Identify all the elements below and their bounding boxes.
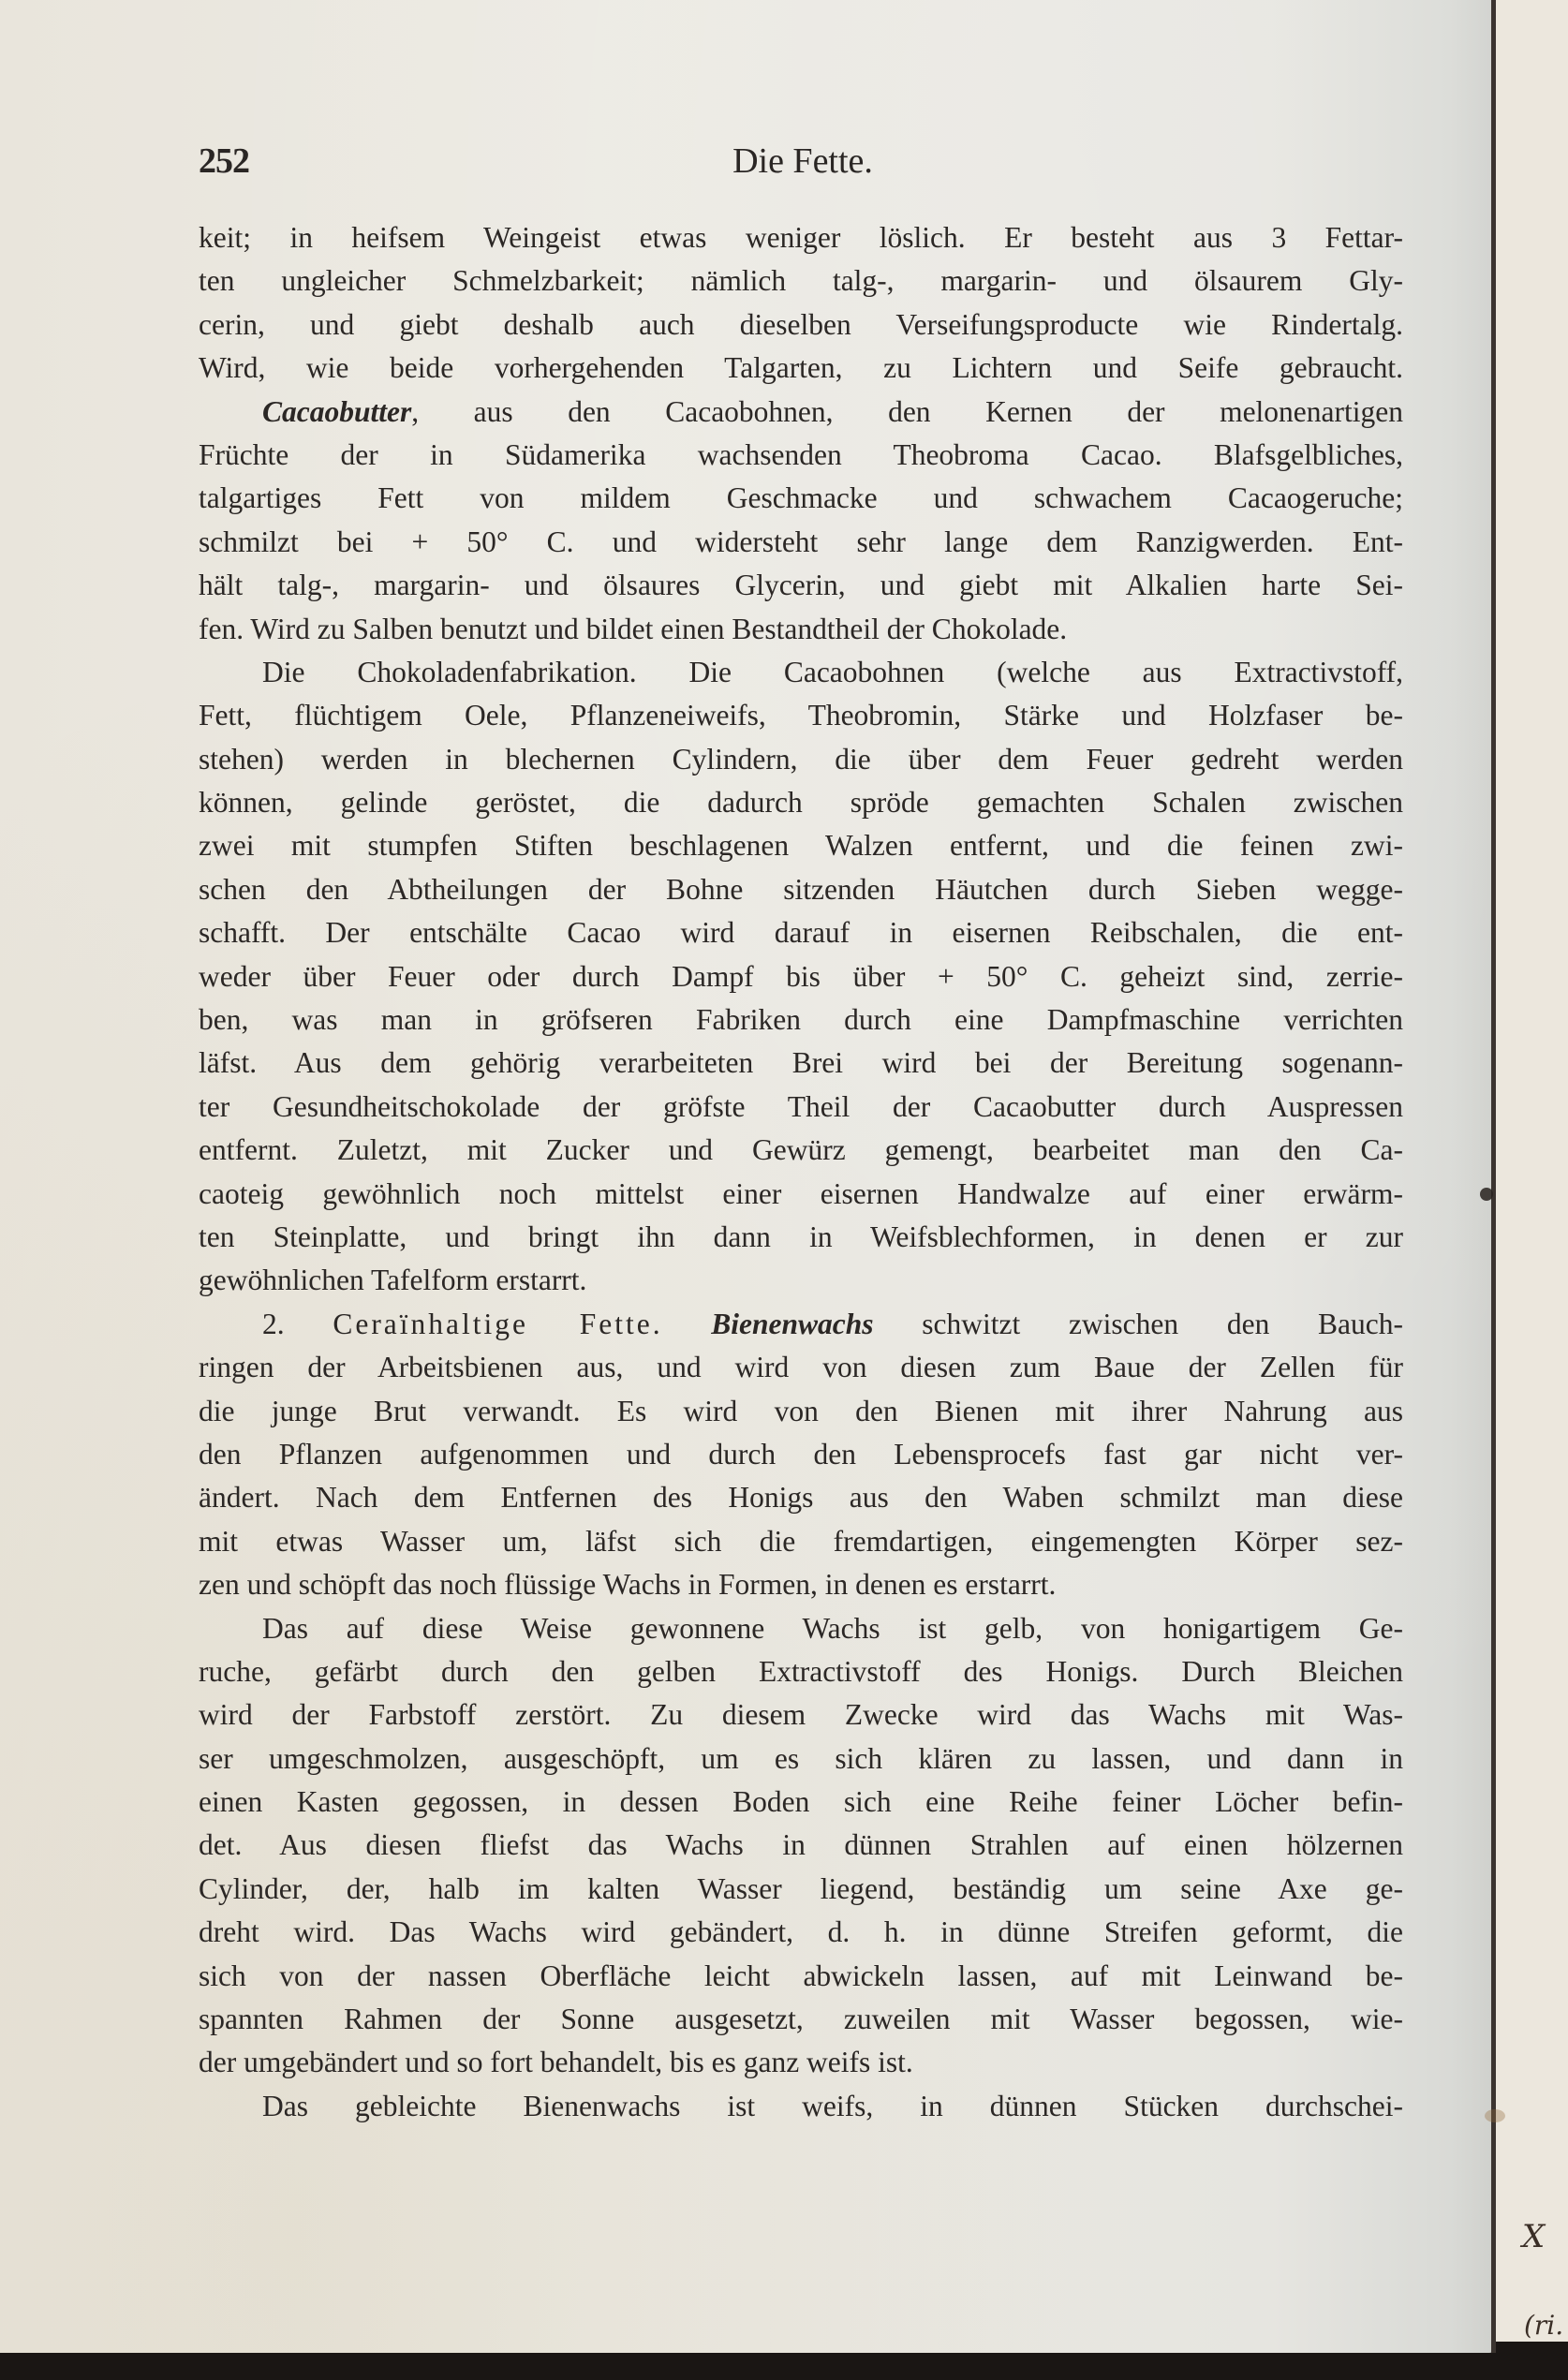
page-header: 252 Die Fette. (199, 140, 1407, 187)
text-segment: keit; in heifsem Weingeist etwas weniger… (199, 221, 1403, 254)
text-line: wird der Farbstoff zerstört. Zu diesem Z… (199, 1693, 1403, 1737)
text-segment: ändert. Nach dem Entfernen des Honigs au… (199, 1481, 1403, 1514)
text-segment: Das auf diese Weise gewonnene Wachs ist … (262, 1612, 1403, 1645)
text-segment: wird der Farbstoff zerstört. Zu diesem Z… (199, 1698, 1403, 1731)
text-segment: zen und schöpft das noch flüssige Wachs … (199, 1568, 1056, 1601)
text-line: schmilzt bei + 50° C. und widersteht seh… (199, 521, 1403, 564)
text-segment: ben, was man in gröfseren Fabriken durch… (199, 1003, 1403, 1036)
running-title: Die Fette. (199, 140, 1407, 182)
text-line: keit; in heifsem Weingeist etwas weniger… (199, 216, 1403, 259)
text-segment: , aus den Cacaobohnen, den Kernen der me… (411, 395, 1403, 428)
text-segment: schmilzt bei + 50° C. und widersteht seh… (199, 525, 1403, 558)
book-page-right-edge: X (ri. (1496, 0, 1568, 2342)
handwritten-mark-note: (ri. (1524, 2310, 1563, 2341)
text-line: schafft. Der entschälte Cacao wird darau… (199, 911, 1403, 954)
text-segment: Cylinder, der, halb im kalten Wasser lie… (199, 1872, 1403, 1905)
text-line: ringen der Arbeitsbienen aus, und wird v… (199, 1346, 1403, 1389)
text-segment: 2. (262, 1308, 333, 1340)
paper-hole (1480, 1188, 1493, 1201)
text-segment: schen den Abtheilungen der Bohne sitzend… (199, 873, 1403, 906)
text-line: Fett, flüchtigem Oele, Pflanzeneiweifs, … (199, 694, 1403, 737)
text-line: Früchte der in Südamerika wachsenden The… (199, 434, 1403, 477)
text-segment: spannten Rahmen der Sonne ausgesetzt, zu… (199, 2003, 1403, 2035)
text-line: ändert. Nach dem Entfernen des Honigs au… (199, 1476, 1403, 1519)
text-line: ben, was man in gröfseren Fabriken durch… (199, 998, 1403, 1042)
text-line: cerin, und giebt deshalb auch dieselben … (199, 303, 1403, 347)
text-line: sich von der nassen Oberfläche leicht ab… (199, 1955, 1403, 1998)
text-line: spannten Rahmen der Sonne ausgesetzt, zu… (199, 1998, 1403, 2041)
text-segment: schwitzt zwischen den Bauch- (874, 1308, 1403, 1340)
text-segment: schafft. Der entschälte Cacao wird darau… (199, 916, 1403, 949)
text-line: Cylinder, der, halb im kalten Wasser lie… (199, 1868, 1403, 1911)
body-text: keit; in heifsem Weingeist etwas weniger… (199, 216, 1403, 2128)
text-segment: Fett, flüchtigem Oele, Pflanzeneiweifs, … (199, 699, 1403, 732)
emphasized-term: Cacaobutter (262, 395, 411, 428)
text-line: zwei mit stumpfen Stiften beschlagenen W… (199, 824, 1403, 867)
text-segment: Das gebleichte Bienenwachs ist weifs, in… (262, 2090, 1403, 2122)
text-segment: ten ungleicher Schmelzbarkeit; nämlich t… (199, 264, 1403, 297)
text-segment: ruche, gefärbt durch den gelben Extracti… (199, 1655, 1403, 1688)
text-segment: dreht wird. Das Wachs wird gebändert, d.… (199, 1915, 1403, 1948)
text-line: caoteig gewöhnlich noch mittelst einer e… (199, 1173, 1403, 1216)
text-line: det. Aus diesen fliefst das Wachs in dün… (199, 1824, 1403, 1867)
text-segment: können, gelinde geröstet, die dadurch sp… (199, 786, 1403, 819)
text-line: zen und schöpft das noch flüssige Wachs … (199, 1563, 1403, 1606)
text-segment: ten Steinplatte, und bringt ihn dann in … (199, 1220, 1403, 1253)
text-line: läfst. Aus dem gehörig verarbeiteten Bre… (199, 1042, 1403, 1085)
text-line: einen Kasten gegossen, in dessen Boden s… (199, 1781, 1403, 1824)
section-heading: Ceraïnhaltige Fette. (333, 1308, 662, 1340)
text-line: weder über Feuer oder durch Dampf bis üb… (199, 955, 1403, 998)
handwritten-mark-x: X (1522, 2218, 1545, 2255)
text-segment: fen. Wird zu Salben benutzt und bildet e… (199, 613, 1067, 645)
text-segment: ser umgeschmolzen, ausgeschöpft, um es s… (199, 1742, 1403, 1775)
text-segment: cerin, und giebt deshalb auch dieselben … (199, 308, 1403, 341)
text-segment: der umgebändert und so fort behandelt, b… (199, 2046, 913, 2078)
paper-stain (1485, 2109, 1505, 2122)
text-segment: hält talg-, margarin- und ölsaures Glyce… (199, 569, 1403, 601)
text-line: ser umgeschmolzen, ausgeschöpft, um es s… (199, 1737, 1403, 1781)
text-line: fen. Wird zu Salben benutzt und bildet e… (199, 608, 1403, 651)
text-line: stehen) werden in blechernen Cylindern, … (199, 738, 1403, 781)
text-line: dreht wird. Das Wachs wird gebändert, d.… (199, 1911, 1403, 1954)
text-line: Wird, wie beide vorhergehenden Talgarten… (199, 347, 1403, 390)
text-segment: weder über Feuer oder durch Dampf bis üb… (199, 960, 1403, 993)
text-segment: Die Chokoladenfabrikation. Die Cacaobohn… (262, 656, 1403, 688)
text-segment: die junge Brut verwandt. Es wird von den… (199, 1395, 1403, 1427)
text-line: Die Chokoladenfabrikation. Die Cacaobohn… (199, 651, 1403, 694)
text-segment: Wird, wie beide vorhergehenden Talgarten… (199, 351, 1403, 384)
text-line: schen den Abtheilungen der Bohne sitzend… (199, 868, 1403, 911)
text-segment (663, 1308, 712, 1340)
text-line: ruche, gefärbt durch den gelben Extracti… (199, 1650, 1403, 1693)
text-line: können, gelinde geröstet, die dadurch sp… (199, 781, 1403, 824)
text-segment: entfernt. Zuletzt, mit Zucker und Gewürz… (199, 1133, 1403, 1166)
text-line: hält talg-, margarin- und ölsaures Glyce… (199, 564, 1403, 607)
text-segment: gewöhnlichen Tafelform erstarrt. (199, 1264, 586, 1296)
text-line: der umgebändert und so fort behandelt, b… (199, 2041, 1403, 2084)
text-line: ter Gesundheitschokolade der gröfste The… (199, 1086, 1403, 1129)
text-line: 2. Ceraïnhaltige Fette. Bienenwachs schw… (199, 1303, 1403, 1346)
emphasized-term: Bienenwachs (711, 1308, 873, 1340)
text-line: ten Steinplatte, und bringt ihn dann in … (199, 1216, 1403, 1259)
text-line: die junge Brut verwandt. Es wird von den… (199, 1390, 1403, 1433)
text-segment: talgartiges Fett von mildem Geschmacke u… (199, 481, 1403, 514)
text-line: mit etwas Wasser um, läfst sich die frem… (199, 1520, 1403, 1563)
text-segment: Früchte der in Südamerika wachsenden The… (199, 438, 1403, 471)
text-segment: ter Gesundheitschokolade der gröfste The… (199, 1090, 1403, 1123)
text-segment: ringen der Arbeitsbienen aus, und wird v… (199, 1351, 1403, 1383)
text-segment: det. Aus diesen fliefst das Wachs in dün… (199, 1828, 1403, 1861)
text-segment: caoteig gewöhnlich noch mittelst einer e… (199, 1177, 1403, 1210)
text-segment: zwei mit stumpfen Stiften beschlagenen W… (199, 829, 1403, 862)
text-line: ten ungleicher Schmelzbarkeit; nämlich t… (199, 259, 1403, 303)
text-line: gewöhnlichen Tafelform erstarrt. (199, 1259, 1403, 1302)
text-segment: den Pflanzen aufgenommen und durch den L… (199, 1438, 1403, 1471)
text-segment: läfst. Aus dem gehörig verarbeiteten Bre… (199, 1046, 1403, 1079)
text-line: Cacaobutter, aus den Cacaobohnen, den Ke… (199, 391, 1403, 434)
text-segment: sich von der nassen Oberfläche leicht ab… (199, 1959, 1403, 1992)
text-segment: mit etwas Wasser um, läfst sich die frem… (199, 1525, 1403, 1558)
text-line: den Pflanzen aufgenommen und durch den L… (199, 1433, 1403, 1476)
text-line: Das gebleichte Bienenwachs ist weifs, in… (199, 2085, 1403, 2128)
text-line: talgartiges Fett von mildem Geschmacke u… (199, 477, 1403, 520)
text-line: Das auf diese Weise gewonnene Wachs ist … (199, 1607, 1403, 1650)
text-line: entfernt. Zuletzt, mit Zucker und Gewürz… (199, 1129, 1403, 1172)
text-segment: einen Kasten gegossen, in dessen Boden s… (199, 1785, 1403, 1818)
text-segment: stehen) werden in blechernen Cylindern, … (199, 743, 1403, 776)
